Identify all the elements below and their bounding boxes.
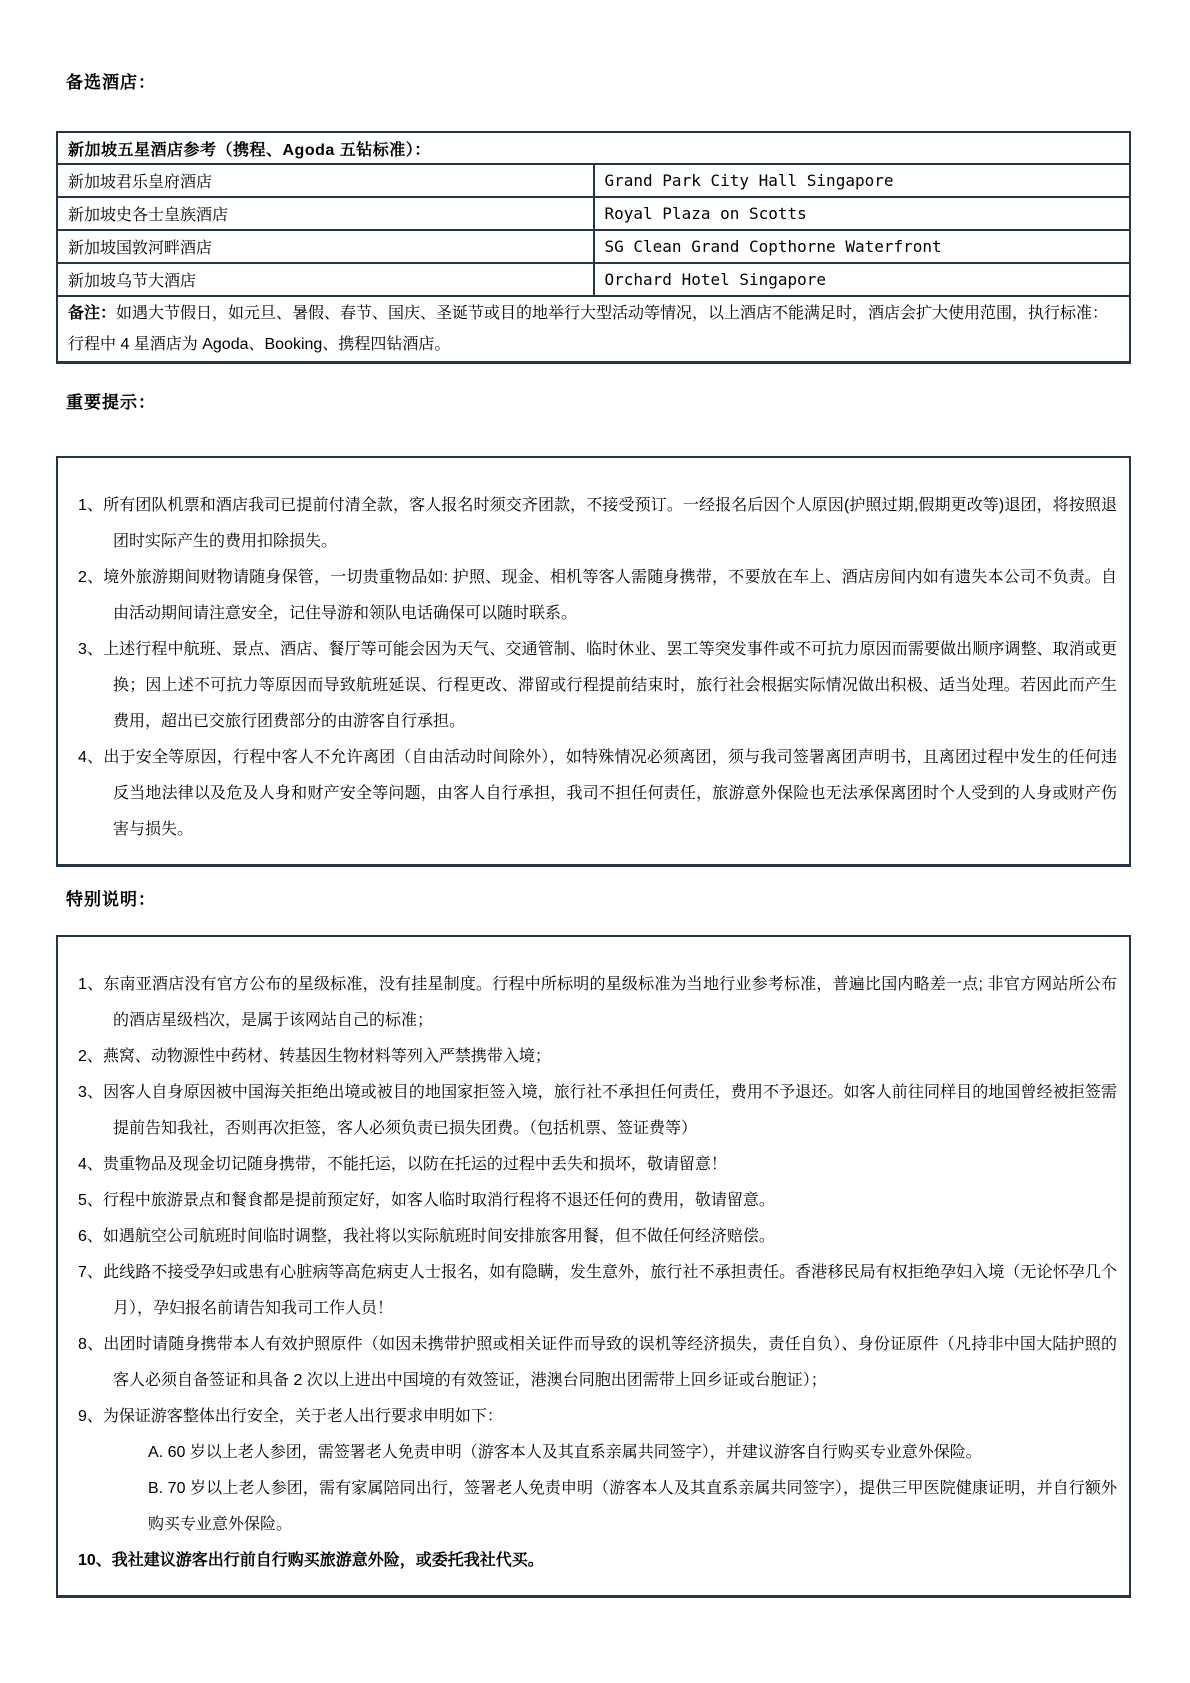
hotel-name-en: SG Clean Grand Copthorne Waterfront xyxy=(594,230,1131,263)
table-row: 新加坡史各士皇族酒店 Royal Plaza on Scotts xyxy=(57,197,1130,230)
hotel-name-en: Royal Plaza on Scotts xyxy=(594,197,1131,230)
special-note-item: 2、燕窝、动物源性中药材、转基因生物材料等列入严禁携带入境； xyxy=(68,1039,1117,1075)
hotel-table-header-row: 新加坡五星酒店参考（携程、Agoda 五钻标准）： xyxy=(57,132,1130,164)
hotel-table: 新加坡五星酒店参考（携程、Agoda 五钻标准）： 新加坡君乐皇府酒店 Gran… xyxy=(56,131,1131,364)
important-note-item: 2、境外旅游期间财物请随身保管，一切贵重物品如: 护照、现金、相机等客人需随身携… xyxy=(68,560,1117,632)
special-note-item: 3、因客人自身原因被中国海关拒绝出境或被目的地国家拒签入境，旅行社不承担任何责任… xyxy=(68,1075,1117,1147)
special-note-item: 7、此线路不接受孕妇或患有心脏病等高危病吏人士报名，如有隐瞒，发生意外，旅行社不… xyxy=(68,1255,1117,1327)
remark-text: 如遇大节假日，如元旦、暑假、春节、国庆、圣诞节或目的地举行大型活动等情况，以上酒… xyxy=(68,305,1108,353)
special-note-item: 8、出团时请随身携带本人有效护照原件（如因未携带护照或相关证件而导致的误机等经济… xyxy=(68,1327,1117,1399)
hotel-name-cn: 新加坡史各士皇族酒店 xyxy=(57,197,594,230)
special-note-item: 4、贵重物品及现金切记随身携带，不能托运，以防在托运的过程中丢失和损坏，敬请留意… xyxy=(68,1147,1117,1183)
hotel-table-remark: 备注：如遇大节假日，如元旦、暑假、春节、国庆、圣诞节或目的地举行大型活动等情况，… xyxy=(57,296,1130,363)
special-note-item: 5、行程中旅游景点和餐食都是提前预定好，如客人临时取消行程将不退还任何的费用，敬… xyxy=(68,1183,1117,1219)
special-notes-box: 1、东南亚酒店没有官方公布的星级标准，没有挂星制度。行程中所标明的星级标准为当地… xyxy=(56,935,1131,1598)
alt-hotels-heading: 备选酒店： xyxy=(56,0,1131,93)
hotel-name-en: Orchard Hotel Singapore xyxy=(594,263,1131,296)
special-note-item: 9、为保证游客整体出行安全，关于老人出行要求申明如下： xyxy=(68,1399,1117,1435)
important-note-item: 3、上述行程中航班、景点、酒店、餐厅等可能会因为天气、交通管制、临时休业、罢工等… xyxy=(68,632,1117,740)
remark-label: 备注： xyxy=(68,305,116,322)
special-note-item: 1、东南亚酒店没有官方公布的星级标准，没有挂星制度。行程中所标明的星级标准为当地… xyxy=(68,967,1117,1039)
important-notes-box: 1、所有团队机票和酒店我司已提前付清全款，客人报名时须交齐团款，不接受预订。一经… xyxy=(56,456,1131,867)
hotel-name-cn: 新加坡君乐皇府酒店 xyxy=(57,164,594,197)
hotel-table-header: 新加坡五星酒店参考（携程、Agoda 五钻标准）： xyxy=(57,132,1130,164)
special-note-subitem-a: A. 60 岁以上老人参团，需签署老人免责申明（游客本人及其直系亲属共同签字），… xyxy=(103,1435,1117,1471)
table-row: 新加坡乌节大酒店 Orchard Hotel Singapore xyxy=(57,263,1130,296)
special-notes-heading: 特别说明： xyxy=(56,890,1131,910)
important-note-item: 1、所有团队机票和酒店我司已提前付清全款，客人报名时须交齐团款，不接受预订。一经… xyxy=(68,488,1117,560)
special-note-item: 6、如遇航空公司航班时间临时调整，我社将以实际航班时间安排旅客用餐，但不做任何经… xyxy=(68,1219,1117,1255)
special-note-item-10: 10、我社建议游客出行前自行购买旅游意外险，或委托我社代买。 xyxy=(68,1543,1117,1579)
table-row: 新加坡国敦河畔酒店 SG Clean Grand Copthorne Water… xyxy=(57,230,1130,263)
page-content: 备选酒店： 新加坡五星酒店参考（携程、Agoda 五钻标准）： 新加坡君乐皇府酒… xyxy=(56,0,1131,1598)
hotel-name-en: Grand Park City Hall Singapore xyxy=(594,164,1131,197)
special-note-subitem-b: B. 70 岁以上老人参团，需有家属陪同出行，签署老人免责申明（游客本人及其直系… xyxy=(103,1471,1117,1543)
table-row: 新加坡君乐皇府酒店 Grand Park City Hall Singapore xyxy=(57,164,1130,197)
important-note-item: 4、出于安全等原因，行程中客人不允许离团（自由活动时间除外），如特殊情况必须离团… xyxy=(68,740,1117,848)
hotel-name-cn: 新加坡乌节大酒店 xyxy=(57,263,594,296)
hotel-name-cn: 新加坡国敦河畔酒店 xyxy=(57,230,594,263)
hotel-table-remark-row: 备注：如遇大节假日，如元旦、暑假、春节、国庆、圣诞节或目的地举行大型活动等情况，… xyxy=(57,296,1130,363)
important-notes-heading: 重要提示： xyxy=(56,393,1131,413)
